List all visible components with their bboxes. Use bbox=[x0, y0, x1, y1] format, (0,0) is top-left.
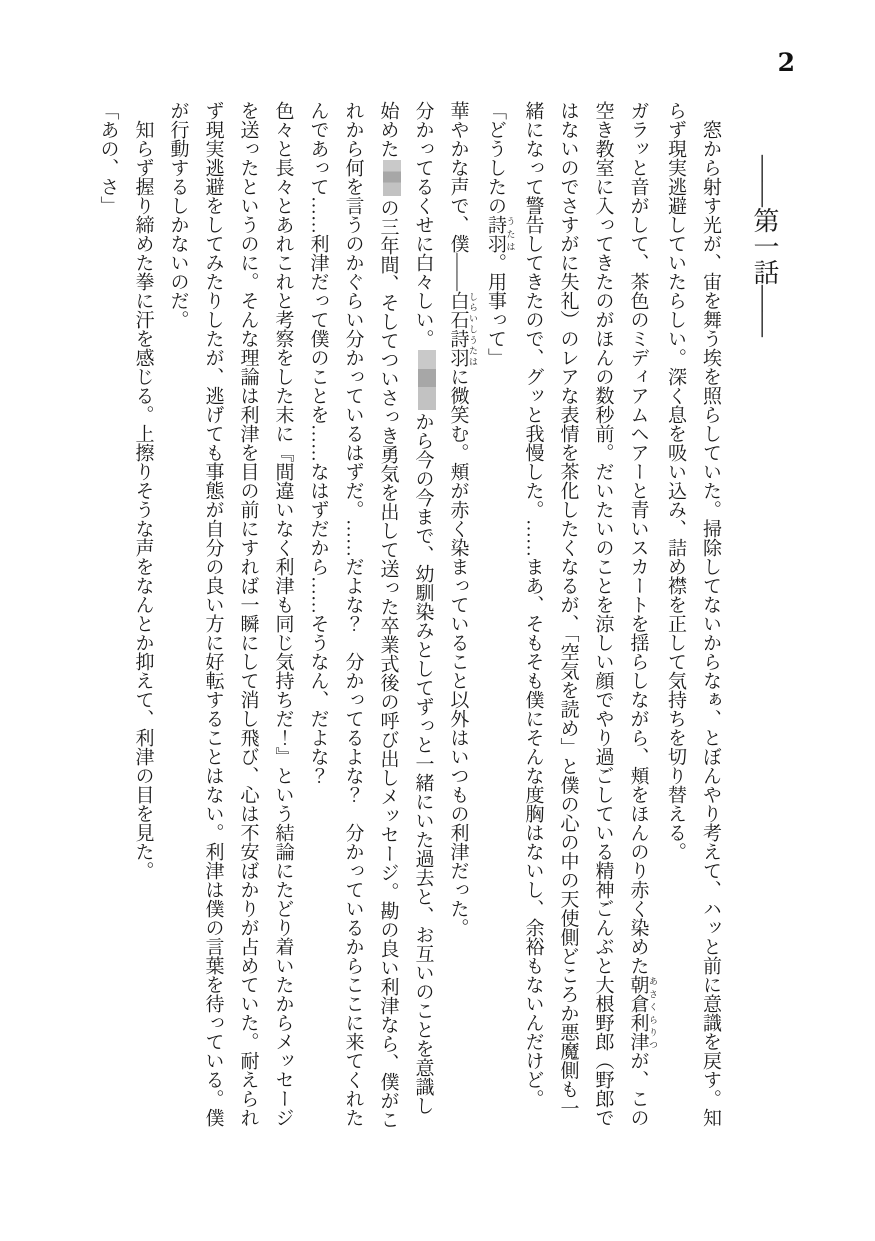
ruby-annotated-name: 朝倉利津あさくらりつ bbox=[628, 975, 649, 1051]
censored-text-block bbox=[418, 350, 436, 410]
paragraph: 色々と長々とあれこれと考察をした末に『間違いなく利津も同じ気持ちだ！』という結論… bbox=[161, 101, 301, 1133]
text-body: 窓から射す光が、宙を舞う埃を照らしていた。掃除してないからなぁ、とぼんやり考えて… bbox=[91, 101, 729, 1133]
censored-text-block bbox=[383, 160, 401, 196]
novel-page: 2 ――第一話―― 窓から射す光が、宙を舞う埃を照らしていた。掃除してないからな… bbox=[0, 0, 875, 1241]
ruby-annotated-name: 詩羽うたは bbox=[485, 215, 506, 253]
paragraph: 華やかな声で、僕――白石詩羽しらいしうたはに微笑む。頬が赤く染まっていること以外… bbox=[441, 101, 479, 1133]
paragraph: 「どうしたの詩羽うたは。用事って」 bbox=[478, 101, 516, 1133]
paragraph: 分かってるくせに白々しい。から今の今まで、幼馴染みとしてずっと一緒にいた過去と、… bbox=[301, 101, 441, 1133]
page-number: 2 bbox=[778, 48, 795, 77]
chapter-heading: ――第一話―― bbox=[742, 101, 786, 1133]
paragraph: ガラッと音がして、茶色のミディアムヘアーと青いスカートを揺らしながら、頬をほんの… bbox=[516, 101, 659, 1133]
paragraph: 知らず握り締めた拳に汗を感じる。上擦りそうな声をなんとか抑えて、利津の目を見た。 bbox=[126, 101, 161, 1133]
paragraph: 窓から射す光が、宙を舞う埃を照らしていた。掃除してないからなぁ、とぼんやり考えて… bbox=[658, 101, 728, 1133]
text-area: ――第一話―― 窓から射す光が、宙を舞う埃を照らしていた。掃除してないからなぁ、… bbox=[91, 101, 797, 1133]
paragraph: 「あの、さ」 bbox=[91, 101, 126, 1133]
ruby-annotated-name: 白石詩羽しらいしうたは bbox=[448, 291, 469, 367]
